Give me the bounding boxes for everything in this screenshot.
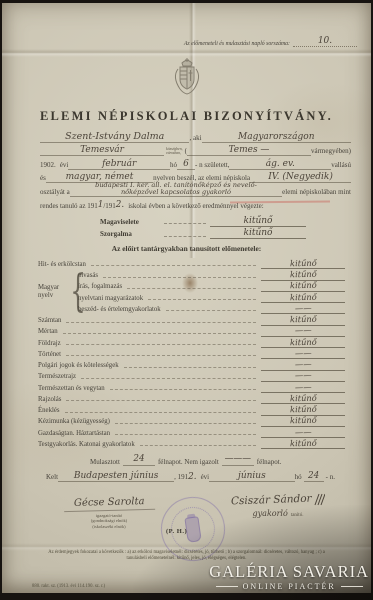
grade-cell: kitűnő — [261, 393, 345, 405]
grade-value: —— — [295, 348, 312, 359]
diligence-value: kitűnő — [244, 228, 273, 238]
religion-blank: ág. ev. — [229, 159, 331, 170]
subject-label: Természettan és vegytan — [38, 385, 105, 394]
diligence-line: Szorgalma kitűnő — [100, 227, 308, 240]
subject-row: Polgári jogok és kötelességek —— — [38, 359, 345, 370]
behavior-blank: kitűnő — [210, 216, 306, 227]
kelt-label: Kelt — [46, 473, 58, 482]
intro-line-school: osztályát a budapesti I. ker. áll. el. t… — [40, 183, 351, 197]
dotted-leader — [110, 389, 256, 390]
grade-value: kitűnő — [290, 269, 317, 280]
subject-label: Kézimunka (kézügyesség) — [38, 418, 110, 427]
pupil-name-blank: Szent-Istvány Dalma — [40, 132, 189, 143]
dotted-leader — [140, 445, 256, 446]
town-hint-2: városban, — [166, 151, 183, 155]
subject-label: Történet — [38, 351, 61, 360]
diligence-leader — [164, 236, 206, 237]
school-name-line1: budapesti I. ker. áll. el. tanítónőképző… — [60, 182, 292, 189]
birth-country: Magyarországon — [238, 132, 315, 142]
unexcused-value: ——— — [225, 454, 251, 464]
dotted-leader — [65, 412, 256, 413]
grade-value: —— — [295, 325, 312, 336]
watermark-title: GALÉRIA SAVARIA — [209, 563, 369, 581]
town-hint: községben, városban, — [164, 147, 185, 157]
magyar-nyelv-group: Magyar nyelv { olvasás kitűnő írás, foga… — [38, 269, 345, 314]
serial-label: Az előmeneteli és mulasztási napló sorsz… — [184, 41, 290, 47]
dotted-leader — [148, 299, 256, 300]
class-value: IV. (Negyedik) — [268, 172, 333, 182]
day-value: 24 — [308, 471, 319, 481]
grade-value: —— — [295, 370, 312, 381]
grade-cell: —— — [261, 427, 345, 439]
dotted-leader — [66, 400, 256, 401]
grade-cell: —— — [261, 370, 345, 382]
town-blank: Temesvár — [40, 145, 164, 156]
grade-cell: kitűnő — [261, 292, 345, 304]
grade-cell: kitűnő — [261, 438, 345, 450]
grade-cell: —— — [261, 325, 345, 337]
grade-cell: —— — [261, 348, 345, 360]
subject-label: Természetrajz — [38, 373, 76, 382]
grade-cell: kitűnő — [261, 314, 345, 326]
county-label: vármegyében) — [311, 147, 351, 156]
dotted-leader — [81, 378, 256, 379]
month-value: június — [238, 471, 266, 481]
behavior-line: Magaviselete kitűnő — [100, 214, 308, 227]
subject-label: Testgyakorlás. Katonai gyakorlatok — [38, 441, 135, 450]
intro-line-birthdate: 1902. évi február hó 6 - n született, ág… — [40, 156, 351, 170]
missed-value: 24 — [133, 454, 144, 464]
subject-row: Természettan és vegytan —— — [38, 382, 345, 393]
horizontal-fold-crease-top — [2, 49, 371, 57]
hungarian-coat-of-arms — [2, 57, 371, 106]
date-line: Kelt Budapesten június , 191 2. évi júni… — [46, 471, 335, 482]
subject-row: Földrajz kitűnő — [38, 337, 345, 348]
ho-label-2: hó — [295, 473, 302, 482]
dotted-leader — [66, 322, 256, 323]
subject-label: Földrajz — [38, 340, 61, 349]
dotted-leader — [66, 355, 256, 356]
county-blank: Temes — — [187, 145, 311, 156]
dotted-leader — [91, 265, 256, 266]
pupil-label-a: rendes tanuló az 191 — [40, 202, 98, 211]
subject-row: Kézimunka (kézügyesség) kitűnő — [38, 416, 345, 427]
diligence-blank: kitűnő — [210, 228, 306, 239]
document-title: ELEMI NÉPISKOLAI BIZONYÍTVÁNY. — [2, 109, 371, 124]
absence-line: Mulasztott 24 félnapot. Nem igazolt ——— … — [90, 455, 281, 466]
grade-cell: kitűnő — [261, 280, 345, 292]
month-blank: február — [68, 159, 170, 170]
subject-label: Rajzolás — [38, 396, 61, 405]
intro-section: Szent-Istvány Dalma , aki Magyarországon… — [40, 129, 351, 211]
grade-cell: kitűnő — [261, 337, 345, 349]
schoolyear-digit-2: 2. — [116, 201, 124, 211]
serial-number-line: Az előmeneteli és mulasztási napló sorsz… — [184, 36, 357, 47]
subject-row: olvasás kitűnő — [78, 269, 345, 280]
place-blank: Budapesten június — [58, 471, 174, 482]
grade-value: kitűnő — [290, 314, 317, 325]
behavior-leader — [164, 223, 206, 224]
grade-value: kitűnő — [290, 280, 317, 291]
religion: ág. ev. — [266, 159, 295, 169]
grade-cell: —— — [261, 303, 345, 315]
intro-line-name: Szent-Istvány Dalma , aki Magyarországon — [40, 129, 351, 143]
signature-flourish — [312, 493, 325, 506]
missed-label: Mulasztott — [90, 458, 120, 466]
watermark-subtitle: ONLINE PIACTÉR — [209, 581, 369, 592]
group-label: Magyar nyelv — [38, 269, 68, 314]
subject-label: Mértan — [38, 328, 58, 337]
pupil-name: Szent-Istvány Dalma — [65, 132, 164, 142]
subjects-heading: Az előírt tantárgyakban tanusított előme… — [2, 244, 371, 253]
dotted-leader — [166, 310, 256, 311]
brace-glyph: { — [70, 269, 76, 314]
subject-row: Rajzolás kitűnő — [38, 393, 345, 404]
dotted-leader — [103, 277, 256, 278]
grade-value: kitűnő — [290, 291, 317, 302]
dotted-leader — [66, 344, 256, 345]
grade-value: kitűnő — [290, 438, 317, 449]
birth-county: Temes — — [228, 145, 269, 155]
school-blank: budapesti I. ker. áll. el. tanítónőképző… — [70, 189, 282, 197]
grade-cell: kitűnő — [261, 415, 345, 427]
watermark: GALÉRIA SAVARIA ONLINE PIACTÉR — [209, 563, 369, 592]
grade-value: kitűnő — [290, 415, 317, 426]
subject-row: beszéd- és értelemgyakorlatok —— — [78, 303, 345, 314]
coat-of-arms-icon — [168, 57, 206, 101]
subject-label: Éneklés — [38, 407, 60, 416]
dotted-leader — [115, 423, 256, 424]
halfdays-label: félnapot. Nem igazolt — [158, 458, 219, 466]
day-blank: 6 — [177, 159, 195, 170]
year-digit: 2. — [188, 473, 196, 483]
ho-label: hó — [170, 161, 177, 170]
dotted-leader — [63, 333, 256, 334]
subject-label: Gazdaságtan. Háztartástan — [38, 430, 110, 439]
intro-line-town: Temesvár községben, városban, ( Temes — … — [40, 143, 351, 157]
grade-value: —— — [295, 359, 312, 370]
grade-cell: —— — [261, 382, 345, 394]
year-prefix: , 191 — [174, 473, 188, 482]
group-label-1: Magyar — [38, 284, 68, 292]
subject-label: Számtan — [38, 317, 61, 326]
subject-label: beszéd- és értelemgyakorlatok — [78, 306, 161, 315]
country-blank: Magyarországon — [202, 132, 351, 143]
subject-row: Éneklés kitűnő — [38, 404, 345, 415]
dotted-leader — [115, 434, 256, 435]
conduct-section: Magaviselete kitűnő Szorgalma kitűnő — [100, 214, 308, 239]
grade-cell: kitűnő — [261, 404, 345, 416]
evi-label-2: évi — [201, 473, 210, 482]
evi-label: évi — [60, 161, 69, 170]
school-name-line2: nőképzővel kapcsolatos gyakorló — [70, 189, 282, 196]
subject-row: Testgyakorlás. Katonai gyakorlatok kitűn… — [38, 438, 345, 449]
missed-blank: 24 — [123, 455, 155, 466]
grade-cell: kitűnő — [261, 258, 345, 270]
grade-value: —— — [295, 426, 312, 437]
subject-row: Gazdaságtan. Háztartástan —— — [38, 427, 345, 438]
group-label-2: nyelv — [38, 292, 68, 300]
birth-town: Temesvár — [80, 145, 124, 155]
school-label: elemi népiskolában mint — [282, 188, 351, 197]
month-blank-2: június — [209, 471, 295, 482]
subject-row: Természetrajz —— — [38, 371, 345, 382]
behavior-label: Magaviselete — [100, 218, 164, 227]
grade-value: kitűnő — [290, 258, 317, 269]
aki-label: , aki — [189, 134, 201, 143]
place-value: Budapesten június — [74, 471, 159, 481]
subject-row: Mértan —— — [38, 326, 345, 337]
serial-blank: 10. — [293, 36, 357, 47]
birth-day: 6 — [183, 159, 189, 169]
religion-label: vallású — [331, 161, 351, 170]
grade-value: —— — [295, 303, 312, 314]
day-blank-2: 24 — [304, 472, 324, 483]
grade-value: kitűnő — [290, 393, 317, 404]
grade-cell: —— — [261, 359, 345, 371]
birth-year: 1902. — [40, 161, 56, 170]
serial-value: 10. — [318, 36, 332, 46]
grade-value: kitűnő — [290, 336, 317, 347]
halfdays-label-2: félnapot. — [257, 458, 282, 466]
subject-row: Történet —— — [38, 348, 345, 359]
dotted-leader — [124, 367, 256, 368]
n-suffix: - n. — [326, 473, 335, 482]
slash-label: /191 — [103, 202, 115, 211]
born-label: - n született, — [195, 161, 229, 170]
subject-label: nyelvtani magyarázatok — [78, 295, 143, 304]
stock-number: 880. rakt. sz. (1913. évi 114.190. sz. r… — [32, 584, 105, 589]
subject-label: Polgári jogok és kötelességek — [38, 362, 119, 371]
diligence-label: Szorgalma — [100, 230, 164, 239]
birth-month: február — [102, 159, 136, 169]
grade-cell: kitűnő — [261, 269, 345, 281]
grade-value: kitűnő — [290, 404, 317, 415]
subject-row: nyelvtani magyarázatok kitűnő — [78, 292, 345, 303]
dotted-leader — [127, 288, 256, 289]
unexcused-blank: ——— — [222, 455, 254, 466]
pupil-label-b: iskolai évben a következő eredménnyel vé… — [128, 202, 263, 211]
subject-row: írás, fogalmazás kitűnő — [78, 281, 345, 292]
behavior-value: kitűnő — [244, 216, 273, 226]
intro-line-schoolyear: rendes tanuló az 191 1 /191 2. iskolai é… — [40, 197, 351, 211]
grade-value: —— — [295, 381, 312, 392]
subjects-table: Hit- és erkölcstan kitűnő Magyar nyelv {… — [38, 258, 345, 449]
group-rows: olvasás kitűnő írás, fogalmazás kitűnő n… — [78, 269, 345, 314]
